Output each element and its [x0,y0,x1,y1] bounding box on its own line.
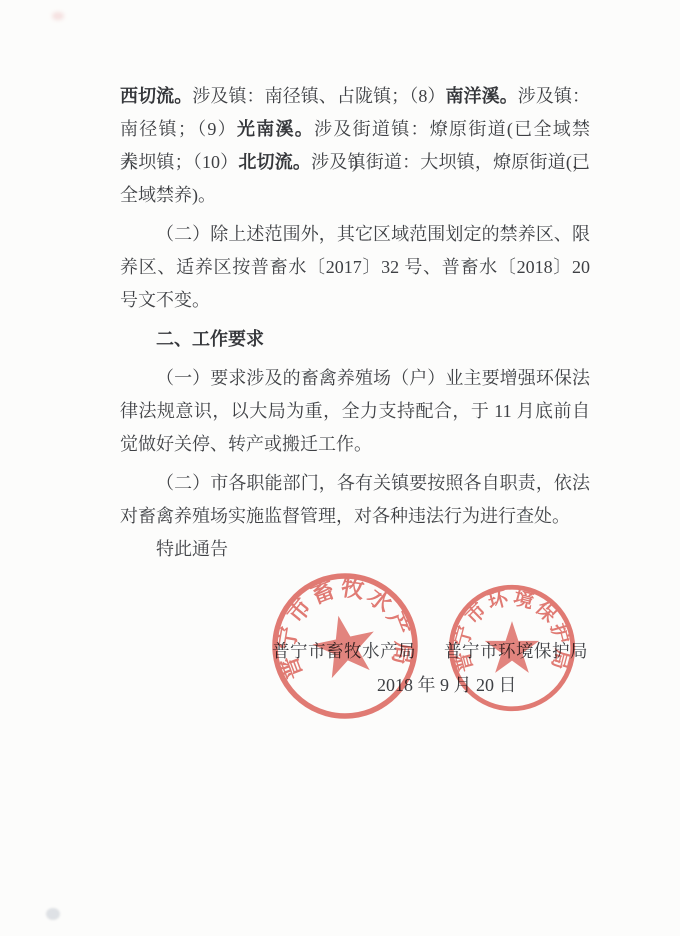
notice-body: 西切流。涉及镇：南径镇、占陇镇；（8）南洋溪。涉及镇： 南径镇；（9）光南溪。涉… [120,80,590,566]
body-text: 养区、适养区按普畜水〔2017〕32 号、普畜水〔2018〕20 [120,257,590,277]
body-line: 全域禁养)。 [120,179,590,212]
body-text: 南径镇；（9） [120,119,237,139]
body-line: 号文不变。 [120,284,590,317]
body-line: 觉做好关停、转产或搬迁工作。 [120,428,590,461]
body-line: 大坝镇；（10）北切流。涉及镇街道：大坝镇，燎原街道(已 [120,146,590,179]
body-line: （二）市各职能部门，各有关镇要按照各自职责，依法 [120,467,590,500]
body-line: （一）要求涉及的畜禽养殖场（户）业主要增强环保法 [120,362,590,395]
river-name: 光南溪。 [237,119,314,139]
body-text: 涉及镇： [518,86,590,106]
star-icon [485,621,540,673]
body-text: （二）市各职能部门，各有关镇要按照各自职责，依法 [156,473,590,493]
body-text: （二）除上述范围外，其它区域范围划定的禁养区、限 [156,224,590,244]
body-text: （一）要求涉及的畜禽养殖场（户）业主要增强环保法 [156,368,590,388]
river-name: 西切流。 [120,86,192,106]
heading-text: 二、工作要求 [156,329,264,349]
river-name: 南洋溪。 [445,86,517,106]
body-text: 涉及镇：南径镇、占陇镇； [192,86,409,106]
body-line: 律法规意识，以大局为重，全力支持配合，于 11 月底前自 [120,395,590,428]
body-text: 律法规意识，以大局为重，全力支持配合，于 11 月底前自 [120,401,590,421]
scan-artifact [46,908,60,920]
official-seal-left: 普宁市畜牧水产局 [261,562,428,729]
body-text: 全域禁养)。 [120,185,216,205]
body-text: 对畜禽养殖场实施监督管理，对各种违法行为进行查处。 [120,506,570,526]
document-page: 西切流。涉及镇：南径镇、占陇镇；（8）南洋溪。涉及镇： 南径镇；（9）光南溪。涉… [0,0,680,936]
star-icon [308,609,382,680]
body-text: 大坝镇；（10） [120,152,238,172]
official-seal-right: 普宁市环境保护局 [446,582,578,714]
body-line: 南径镇；（9）光南溪。涉及街道镇：燎原街道(已全域禁养)， [120,113,590,146]
river-name: 北切流。 [238,152,311,172]
body-line: （二）除上述范围外，其它区域范围划定的禁养区、限 [120,218,590,251]
body-text: 号文不变。 [120,290,210,310]
body-line: 对畜禽养殖场实施监督管理，对各种违法行为进行查处。 [120,500,590,533]
body-line: 养区、适养区按普畜水〔2017〕32 号、普畜水〔2018〕20 [120,251,590,284]
body-text: 涉及镇街道：大坝镇，燎原街道(已 [311,152,590,172]
section-heading: 二、工作要求 [120,323,590,356]
closing-line: 特此通告 [120,533,590,566]
closing-text: 特此通告 [156,539,228,559]
scan-artifact [52,12,64,20]
body-text: 觉做好关停、转产或搬迁工作。 [120,434,372,454]
body-line: 西切流。涉及镇：南径镇、占陇镇；（8）南洋溪。涉及镇： [120,80,590,113]
body-text: （8） [409,86,445,106]
